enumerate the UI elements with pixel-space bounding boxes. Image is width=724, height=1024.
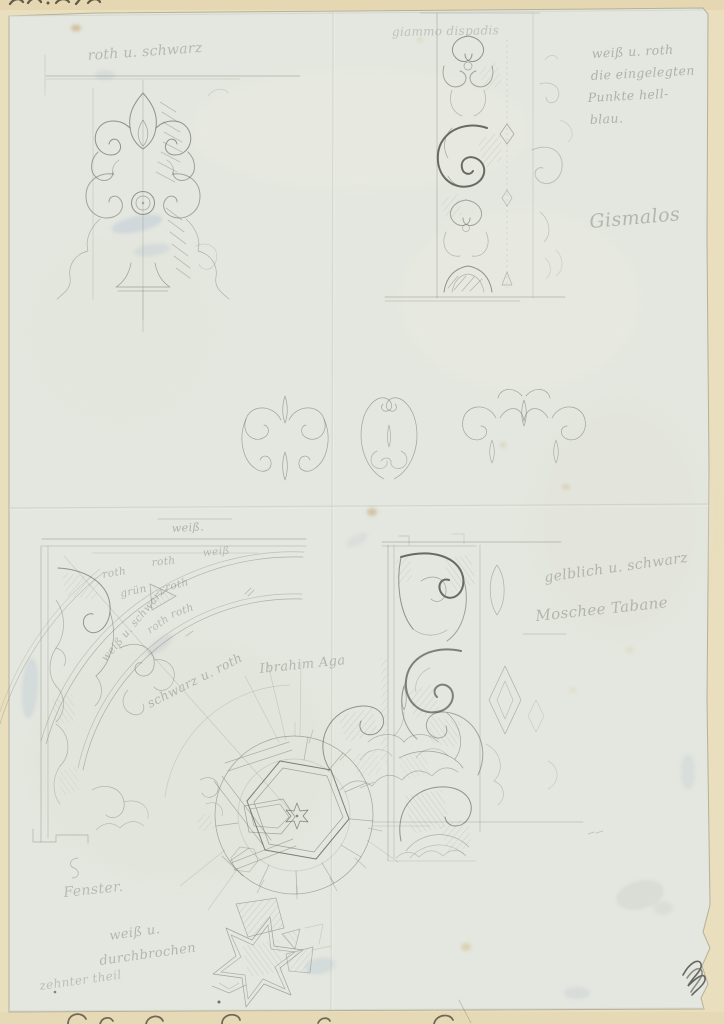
color-note-line-4: blau. bbox=[589, 110, 623, 127]
caption-top-right: giammo dispadis bbox=[392, 23, 499, 39]
radial-label-0: roth bbox=[151, 555, 176, 569]
radial-label-1: weiß bbox=[202, 545, 230, 559]
quadrant-caption: weiß. bbox=[171, 520, 204, 535]
artwork-scan: roth u. schwarz giammo dispadis weiß u. … bbox=[0, 0, 724, 1024]
